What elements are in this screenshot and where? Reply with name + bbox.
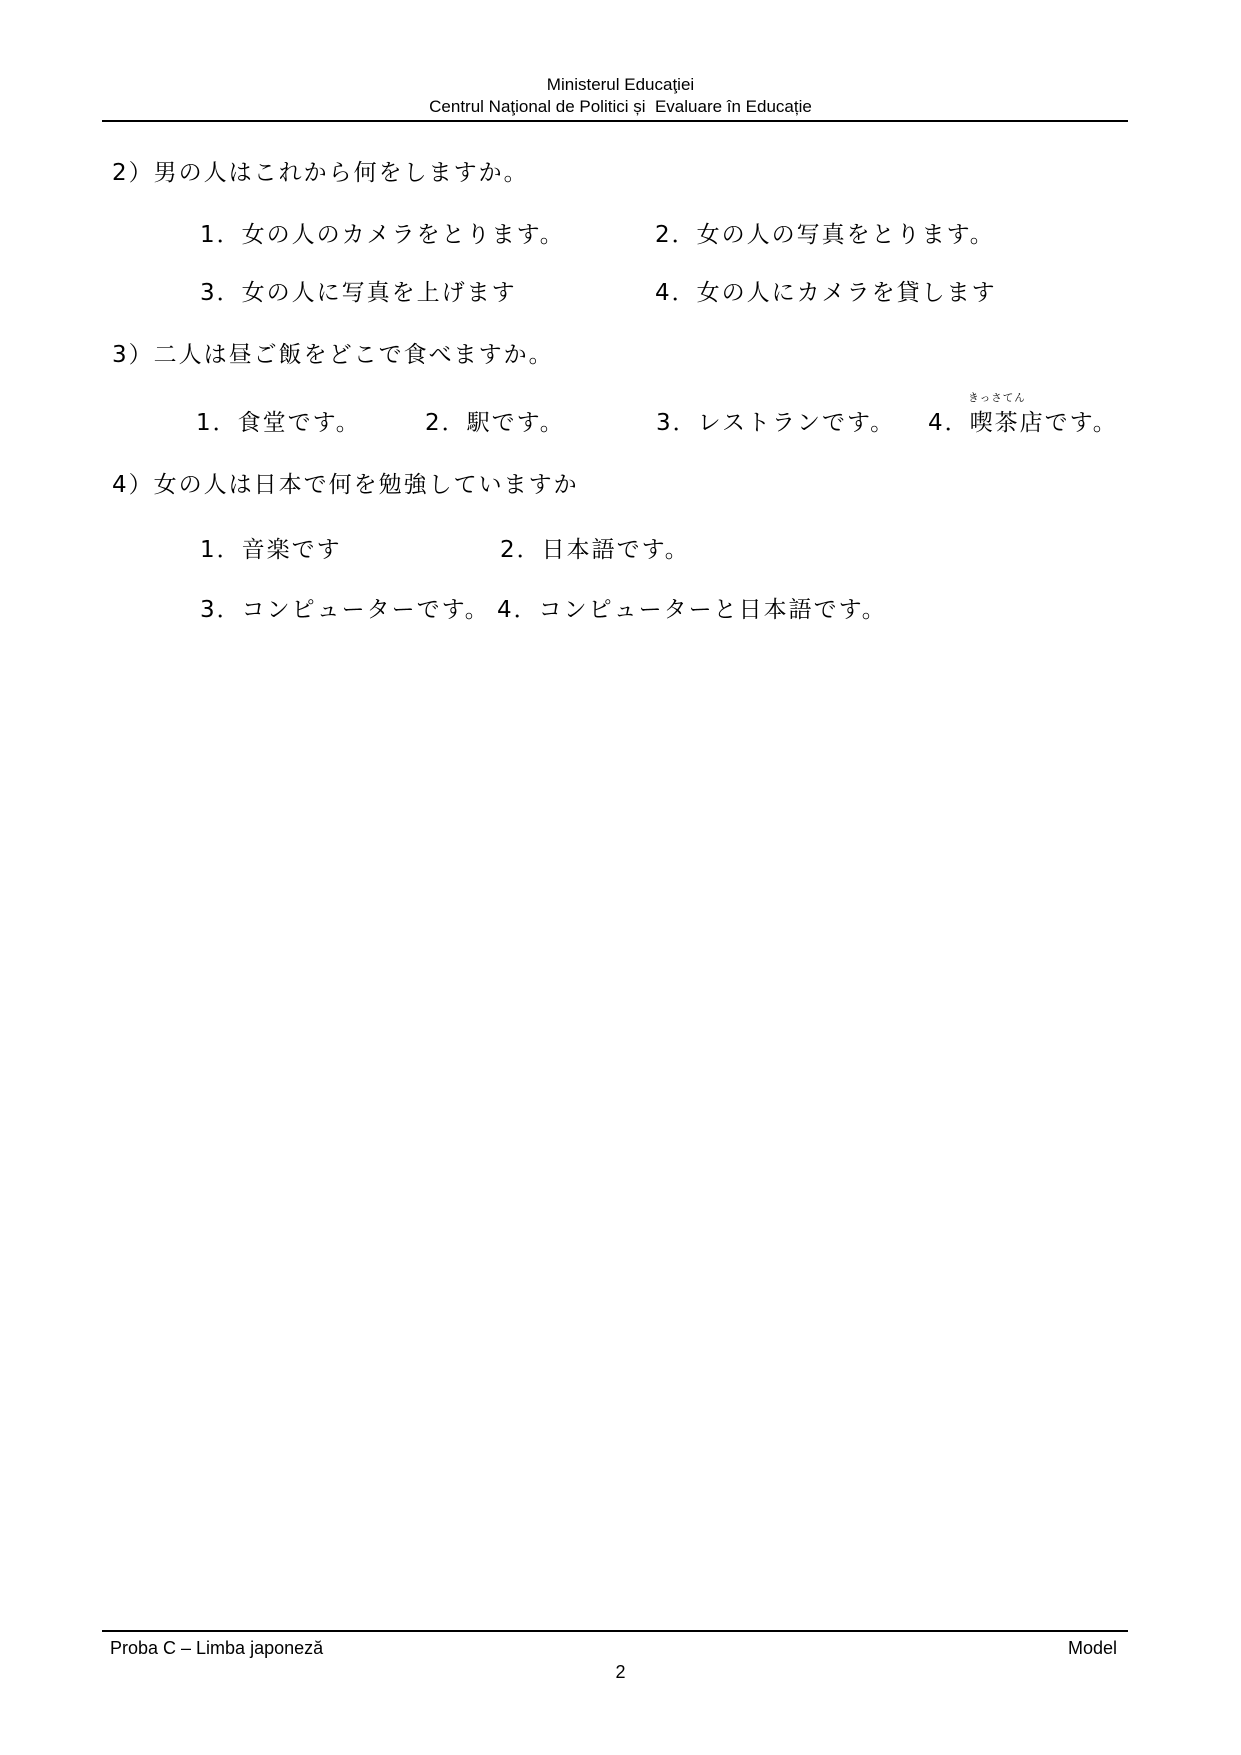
question-3-option-4-furigana: きっさてん (958, 390, 1036, 405)
question-4-option-1: 1．音楽です (200, 537, 342, 565)
question-2-option-1: 1．女の人のカメラをとります。 (200, 222, 565, 250)
header-line-2: Centrul Naţional de Politici și Evaluare… (0, 97, 1241, 117)
question-3-option-4: 4．喫茶店です。 (928, 410, 1118, 438)
question-4-title: 4）女の人は日本で何を勉強していますか (112, 472, 579, 500)
question-2-option-2: 2．女の人の写真をとります。 (655, 222, 995, 250)
header-line-1: Ministerul Educaţiei (0, 75, 1241, 95)
footer-left-label: Proba C – Limba japoneză (110, 1638, 323, 1659)
question-4-option-3: 3．コンピューターです。 (200, 597, 490, 625)
header-rule (102, 120, 1128, 122)
question-2-option-3: 3．女の人に写真を上げます (200, 280, 517, 308)
question-3-option-3: 3．レストランです。 (656, 410, 895, 438)
footer-rule (102, 1630, 1128, 1632)
document-page: Ministerul Educaţiei Centrul Naţional de… (0, 0, 1241, 1755)
question-4-option-4: 4．コンピューターと日本語です。 (497, 597, 887, 625)
question-3-option-1: 1．食堂です。 (196, 410, 361, 438)
footer-right-label: Model (1068, 1638, 1117, 1659)
page-number: 2 (0, 1662, 1241, 1683)
question-2-option-4: 4．女の人にカメラを貸します (655, 280, 997, 308)
question-4-option-2: 2．日本語です。 (500, 537, 690, 565)
question-3-option-2: 2．駅です。 (425, 410, 565, 438)
question-3-title: 3）二人は昼ご飯をどこで食べますか。 (112, 342, 554, 370)
question-2-title: 2）男の人はこれから何をしますか。 (112, 160, 529, 188)
